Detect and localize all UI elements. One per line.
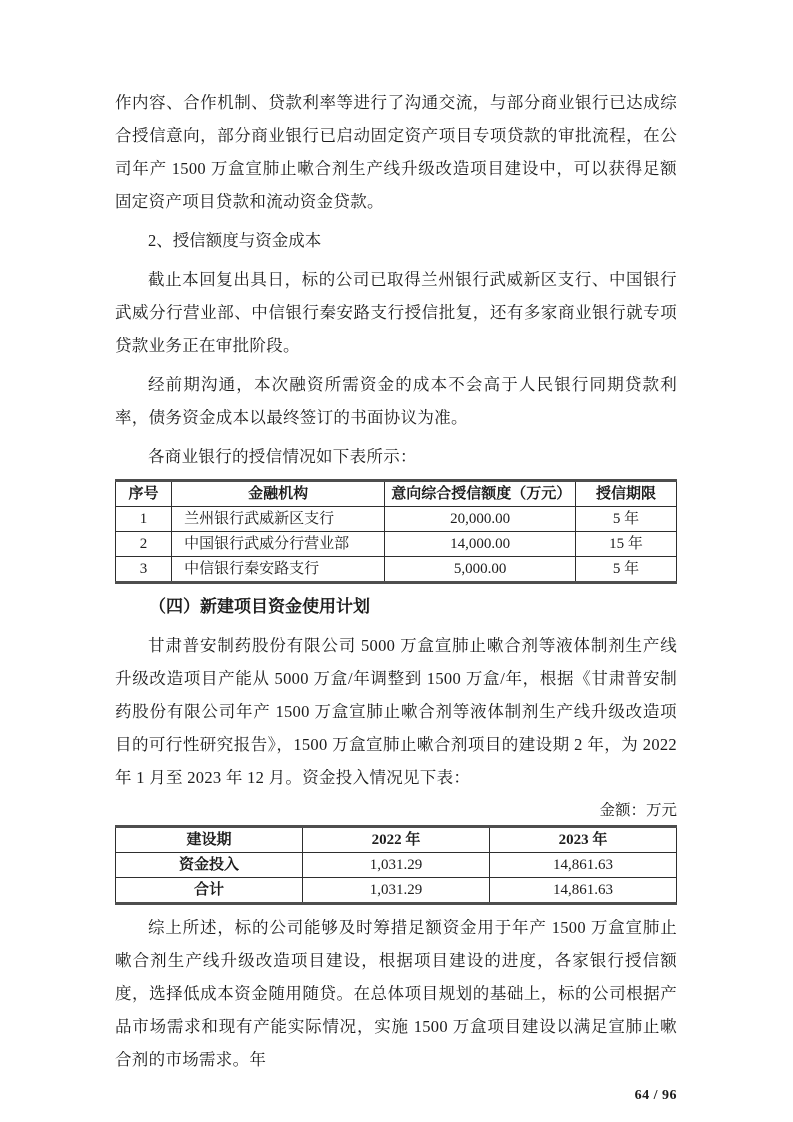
section-heading-new-project-fund-plan: （四）新建项目资金使用计划	[115, 590, 677, 623]
credit-table-row-1: 1 兰州银行武威新区支行 20,000.00 5 年	[116, 507, 677, 532]
paragraph-credit-table-intro: 各商业银行的授信情况如下表所示：	[115, 440, 677, 473]
row-index: 2	[116, 532, 172, 557]
investment-table-row-invest: 资金投入 1,031.29 14,861.63	[116, 853, 677, 878]
credit-amount: 5,000.00	[385, 557, 576, 583]
row-index: 1	[116, 507, 172, 532]
paragraph-funding-cost: 经前期沟通，本次融资所需资金的成本不会高于人民银行同期贷款利率，债务资金成本以最…	[115, 368, 677, 434]
investment-table-header-row: 建设期 2022 年 2023 年	[116, 827, 677, 853]
credit-table-header-row: 序号 金融机构 意向综合授信额度（万元） 授信期限	[116, 481, 677, 507]
invest-2023: 14,861.63	[490, 853, 677, 878]
subheading-credit-limit-and-cost: 2、授信额度与资金成本	[115, 224, 677, 257]
credit-table-row-2: 2 中国银行武威分行营业部 14,000.00 15 年	[116, 532, 677, 557]
total-2023: 14,861.63	[490, 878, 677, 904]
credit-table-header-institution: 金融机构	[172, 481, 385, 507]
investment-table-header-2023: 2023 年	[490, 827, 677, 853]
credit-term: 5 年	[576, 557, 677, 583]
institution-name: 兰州银行武威新区支行	[172, 507, 385, 532]
investment-table-header-2022: 2022 年	[303, 827, 490, 853]
credit-table-row-3: 3 中信银行秦安路支行 5,000.00 5 年	[116, 557, 677, 583]
credit-table-header-index: 序号	[116, 481, 172, 507]
investment-table-header-period: 建设期	[116, 827, 303, 853]
credit-term: 5 年	[576, 507, 677, 532]
paragraph-continuation: 作内容、合作机制、贷款利率等进行了沟通交流，与部分商业银行已达成综合授信意向，部…	[115, 86, 677, 218]
credit-term: 15 年	[576, 532, 677, 557]
institution-name: 中信银行秦安路支行	[172, 557, 385, 583]
document-page: 作内容、合作机制、贷款利率等进行了沟通交流，与部分商业银行已达成综合授信意向，部…	[0, 0, 793, 1122]
investment-table: 建设期 2022 年 2023 年 资金投入 1,031.29 14,861.6…	[115, 825, 677, 905]
credit-amount: 20,000.00	[385, 507, 576, 532]
paragraph-conclusion: 综上所述，标的公司能够及时筹措足额资金用于年产 1500 万盒宣肺止嗽合剂生产线…	[115, 911, 677, 1076]
page-number: 64 / 96	[115, 1088, 677, 1104]
credit-table: 序号 金融机构 意向综合授信额度（万元） 授信期限 1 兰州银行武威新区支行 2…	[115, 479, 677, 584]
credit-table-header-term: 授信期限	[576, 481, 677, 507]
paragraph-credit-approvals: 截止本回复出具日，标的公司已取得兰州银行武威新区支行、中国银行武威分行营业部、中…	[115, 263, 677, 362]
row-label: 合计	[116, 878, 303, 904]
row-label: 资金投入	[116, 853, 303, 878]
credit-amount: 14,000.00	[385, 532, 576, 557]
paragraph-project-plan: 甘肃普安制药股份有限公司 5000 万盒宣肺止嗽合剂等液体制剂生产线升级改造项目…	[115, 629, 677, 794]
investment-table-row-total: 合计 1,031.29 14,861.63	[116, 878, 677, 904]
total-2022: 1,031.29	[303, 878, 490, 904]
row-index: 3	[116, 557, 172, 583]
invest-2022: 1,031.29	[303, 853, 490, 878]
table-unit-note: 金额：万元	[115, 800, 677, 822]
institution-name: 中国银行武威分行营业部	[172, 532, 385, 557]
credit-table-header-amount: 意向综合授信额度（万元）	[385, 481, 576, 507]
